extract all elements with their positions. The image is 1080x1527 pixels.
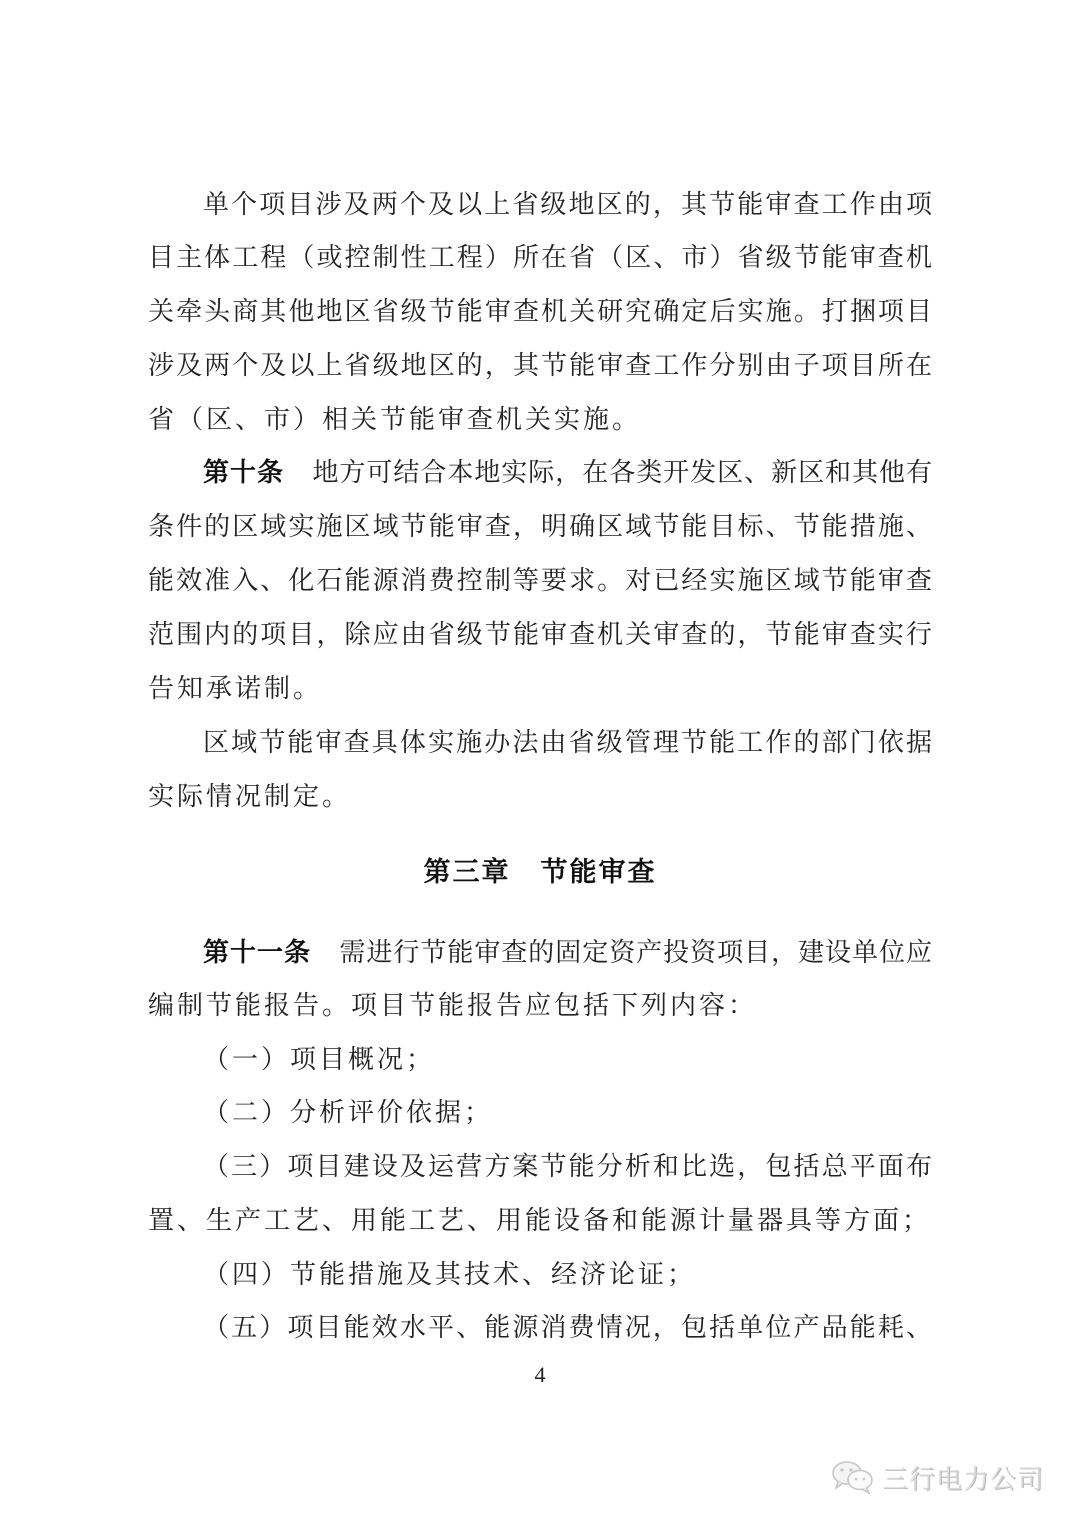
watermark: 三行电力公司	[830, 1460, 1044, 1494]
chapter-title: 节能审查	[541, 857, 657, 888]
list-item: （二）分析评价依据；	[203, 1096, 932, 1130]
watermark-text: 三行电力公司	[882, 1459, 1044, 1496]
list-item: （三）项目建设及运营方案节能分析和比选，包括总平面布	[203, 1150, 932, 1184]
list-item: （四）节能措施及其技术、经济论证；	[203, 1258, 932, 1292]
paragraph-line: 告知承诺制。	[148, 672, 932, 706]
article-10-first-line: 第十条 地方可结合本地实际，在各类开发区、新区和其他有	[203, 456, 932, 490]
paragraph-line: 编制节能报告。项目节能报告应包括下列内容：	[148, 989, 932, 1023]
article-11-first-line: 第十一条 需进行节能审查的固定资产投资项目，建设单位应	[203, 936, 932, 970]
article-text: 需进行节能审查的固定资产投资项目，建设单位应	[339, 938, 932, 968]
chapter-heading: 第三章节能审查	[0, 856, 1080, 890]
paragraph-line: 省（区、市）相关节能审查机关实施。	[148, 403, 932, 437]
paragraph-line: 目主体工程（或控制性工程）所在省（区、市）省级节能审查机	[148, 241, 932, 275]
paragraph-line: 涉及两个及以上省级地区的，其节能审查工作分别由子项目所在	[148, 349, 932, 383]
paragraph-line: 区域节能审查具体实施办法由省级管理节能工作的部门依据	[203, 726, 932, 760]
wechat-icon	[830, 1460, 876, 1494]
paragraph-line: 单个项目涉及两个及以上省级地区的，其节能审查工作由项	[203, 188, 932, 222]
article-label: 第十一条	[203, 938, 311, 968]
paragraph-line: 实际情况制定。	[148, 780, 932, 814]
list-item: （一）项目概况；	[203, 1043, 932, 1077]
list-item: （五）项目能效水平、能源消费情况，包括单位产品能耗、	[203, 1311, 932, 1345]
article-text: 地方可结合本地实际，在各类开发区、新区和其他有	[312, 458, 932, 488]
list-item-continuation: 置、生产工艺、用能工艺、用能设备和能源计量器具等方面；	[148, 1204, 932, 1238]
chapter-number: 第三章	[424, 857, 511, 888]
paragraph-line: 条件的区域实施区域节能审查，明确区域节能目标、节能措施、	[148, 510, 932, 544]
paragraph-line: 能效准入、化石能源消费控制等要求。对已经实施区域节能审查	[148, 564, 932, 598]
document-page: 单个项目涉及两个及以上省级地区的，其节能审查工作由项 目主体工程（或控制性工程）…	[0, 0, 1080, 1527]
paragraph-line: 关牵头商其他地区省级节能审查机关研究确定后实施。打捆项目	[148, 295, 932, 329]
paragraph-line: 范围内的项目，除应由省级节能审查机关审查的，节能审查实行	[148, 618, 932, 652]
page-number: 4	[0, 1362, 1080, 1388]
article-label: 第十条	[203, 458, 284, 488]
